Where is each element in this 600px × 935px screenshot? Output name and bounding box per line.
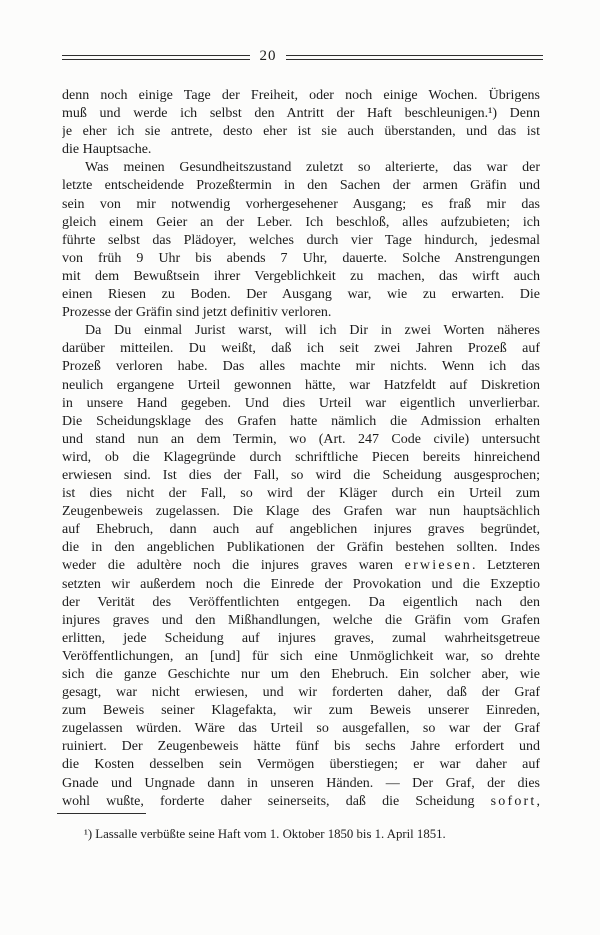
text-line: zum Beweis seiner Klagefakta, wir zum Be… xyxy=(62,702,540,720)
text-line: von früh 9 Uhr bis abends 7 Uhr, dauerte… xyxy=(62,250,540,268)
text-line: Was meinen Gesundheitszustand zuletzt so… xyxy=(62,159,540,177)
text-line: die in den angeblichen Publikationen der… xyxy=(62,539,540,557)
text-line: darüber mitteilen. Du weißt, daß ich sei… xyxy=(62,340,540,358)
text-line: ist dies nicht der Fall, so wird der Klä… xyxy=(62,485,540,503)
text-line: Zeugenbeweis zugelassen. Die Klage des G… xyxy=(62,503,540,521)
text-line: einen Riesen zu Boden. Der Ausgang war, … xyxy=(62,286,540,304)
text-line: Da Du einmal Jurist warst, will ich Dir … xyxy=(62,322,540,340)
footnote: ¹) Lassalle verbüßte seine Haft vom 1. O… xyxy=(62,826,540,842)
text-line: die Kosten desselben sein Vermögen übers… xyxy=(62,756,540,774)
text-line: je eher ich sie antrete, desto eher ist … xyxy=(62,123,540,141)
paragraph: Da Du einmal Jurist warst, will ich Dir … xyxy=(62,322,540,811)
text-line: erlitten, jede Scheidung auf injures gra… xyxy=(62,630,540,648)
text-line: sein von mir notwendig vorhergesehener A… xyxy=(62,196,540,214)
paragraph: denn noch einige Tage der Freiheit, oder… xyxy=(62,87,540,159)
text-line: zugelassen würden. Wäre das Urteil so au… xyxy=(62,720,540,738)
text-line: die Hauptsache. xyxy=(62,141,540,159)
text-line: Gnade und Ungnade dann in unseren Händen… xyxy=(62,775,540,793)
text-line: letzte entscheidende Prozeßtermin in den… xyxy=(62,177,540,195)
page-number: 20 xyxy=(250,49,286,64)
emphasized-word: sofort xyxy=(491,794,537,809)
text-line: muß und werde ich selbst den Antritt der… xyxy=(62,105,540,123)
text-line: Prozeß verloren habe. Das alles machte m… xyxy=(62,358,540,376)
text-line: auf Ehebruch, dann auch auf angeblichen … xyxy=(62,521,540,539)
text-line: wird, ob die Klagegründe durch schriftli… xyxy=(62,449,540,467)
header-rule-left xyxy=(62,55,250,60)
text-line: führte selbst das Plädoyer, welches durc… xyxy=(62,232,540,250)
text-line: mit dem Bewußtsein ihrer Vergeblichkeit … xyxy=(62,268,540,286)
text-line: neulich ergangene Urteil gewonnen hätte,… xyxy=(62,377,540,395)
text-line: sich die ganze Geschichte nur um den Ehe… xyxy=(62,666,540,684)
footnote-separator xyxy=(57,813,146,814)
text-line: erwiesen sind. Ist dies der Fall, so wir… xyxy=(62,467,540,485)
text-line: Prozesse der Gräfin sind jetzt definitiv… xyxy=(62,304,540,322)
text-line: injures graves und den Mißhandlungen, we… xyxy=(62,612,540,630)
text-line: ruiniert. Der Zeugenbeweis hätte fünf bi… xyxy=(62,738,540,756)
header-rule-right xyxy=(286,55,543,60)
book-page: 20 denn noch einige Tage der Freiheit, o… xyxy=(0,0,600,935)
text-line: gleich einem Geier an der Leber. Ich bes… xyxy=(62,214,540,232)
emphasized-word: erwiesen xyxy=(405,558,472,573)
text-line: und stand nun an dem Termin, wo (Art. 24… xyxy=(62,431,540,449)
text-line: wohl wußte, forderte daher seinerseits, … xyxy=(62,793,540,811)
text-line: der Verität des Veröffentlichten entgege… xyxy=(62,594,540,612)
body-text: denn noch einige Tage der Freiheit, oder… xyxy=(62,87,540,811)
paragraph: Was meinen Gesundheitszustand zuletzt so… xyxy=(62,159,540,322)
text-line: in unsere Hand gegeben. Und dies Urteil … xyxy=(62,395,540,413)
text-line: gesagt, war nicht erwiesen, und wir ford… xyxy=(62,684,540,702)
text-line: setzten wir außerdem noch die Einrede de… xyxy=(62,576,540,594)
text-line: weder die adultère noch die injures grav… xyxy=(62,557,540,575)
text-line: Die Scheidungsklage des Grafen hatte näm… xyxy=(62,413,540,431)
running-head: 20 xyxy=(62,49,543,65)
text-line: Veröffentlichungen, an [und] für sich ei… xyxy=(62,648,540,666)
text-line: denn noch einige Tage der Freiheit, oder… xyxy=(62,87,540,105)
